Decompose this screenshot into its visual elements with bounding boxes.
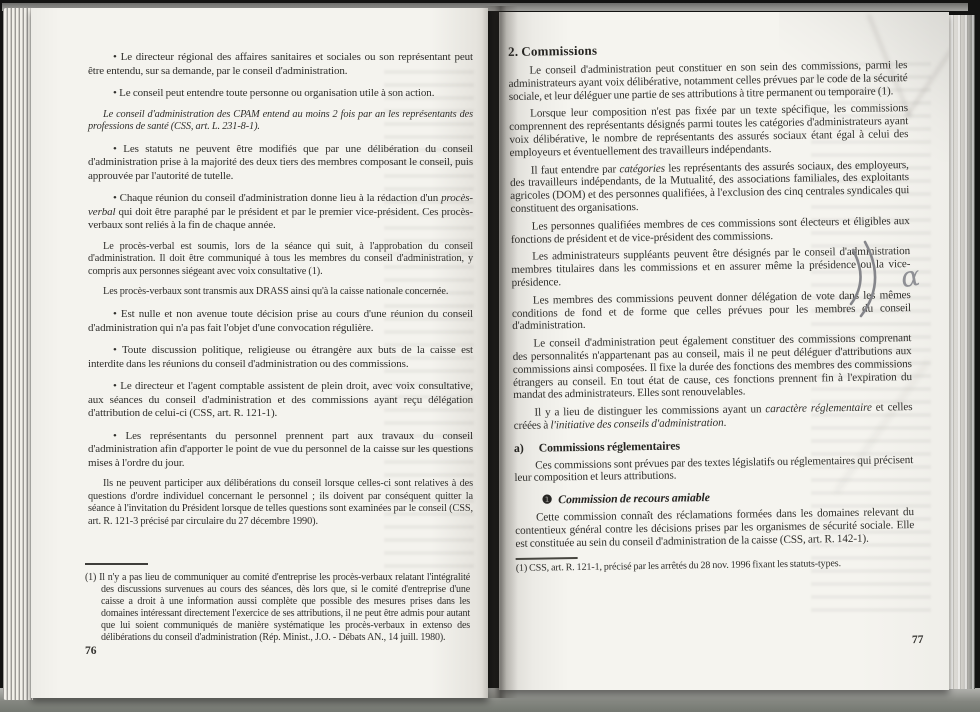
subsection-heading: a)Commissions réglementaires <box>514 436 913 455</box>
section-heading: 2. Commissions <box>508 38 907 60</box>
note-paragraph: Ils ne peuvent participer aux délibérati… <box>88 478 473 528</box>
left-page-footnote: (1) Il n'y a pas lieu de communiquer au … <box>85 569 470 644</box>
footnote-separator <box>85 563 148 565</box>
footnote-separator <box>516 557 578 560</box>
footnote-text: (1) Il n'y a pas lieu de communiquer au … <box>85 572 470 644</box>
bullet-paragraph: • Les représentants du personnel prennen… <box>88 430 473 471</box>
paragraph: Il y a lieu de distinguer les commission… <box>513 401 912 433</box>
paragraph: Ces commissions sont prévues par des tex… <box>514 454 913 486</box>
bullet-paragraph: • Le conseil peut entendre toute personn… <box>88 87 473 101</box>
note-paragraph: Les procès-verbaux sont transmis aux DRA… <box>88 286 473 299</box>
paragraph: Lorsque leur composition n'est pas fixée… <box>509 102 909 159</box>
footnote-text: (1) CSS, art. R. 121-1, précisé par les … <box>516 557 915 575</box>
bullet-paragraph: • Toute discussion politique, religieuse… <box>88 344 473 371</box>
bullet-paragraph: • Le directeur régional des affaires san… <box>88 51 473 78</box>
page-number: 77 <box>912 634 924 646</box>
margin-annotation: α <box>845 238 937 330</box>
alpha-symbol: α <box>899 259 922 294</box>
left-page: • Le directeur régional des affaires san… <box>31 8 488 698</box>
book-spread-photo: • Le directeur régional des affaires san… <box>0 0 980 712</box>
paragraph: Cette commission connaît des réclamation… <box>515 506 915 550</box>
paragraph: Il faut entendre par catégories les repr… <box>510 159 910 216</box>
left-page-text: • Le directeur régional des affaires san… <box>88 42 473 528</box>
book-gutter-shadow <box>482 6 518 698</box>
note-paragraph: Le procès-verbal est soumis, lors de la … <box>88 241 473 279</box>
paragraph: Le conseil d'administration peut égaleme… <box>512 332 912 402</box>
bullet-paragraph: • Chaque réunion du conseil d'administra… <box>88 192 473 233</box>
bullet-paragraph: • Le directeur et l'agent comptable assi… <box>88 380 473 421</box>
margin-paren-marks-icon <box>845 238 895 322</box>
numbered-subheading: ❶Commission de recours amiable <box>515 488 914 507</box>
note-paragraph: Le conseil d'administration des CPAM ent… <box>88 109 473 134</box>
right-page: 2. CommissionsLe conseil d'administratio… <box>499 12 949 690</box>
page-number: 76 <box>85 645 97 657</box>
left-page-edge-stack <box>3 8 33 700</box>
paragraph: Le conseil d'administration peut constit… <box>508 59 908 103</box>
bullet-paragraph: • Les statuts ne peuvent être modifiés q… <box>88 143 473 184</box>
bullet-paragraph: • Est nulle et non avenue toute décision… <box>88 308 473 335</box>
